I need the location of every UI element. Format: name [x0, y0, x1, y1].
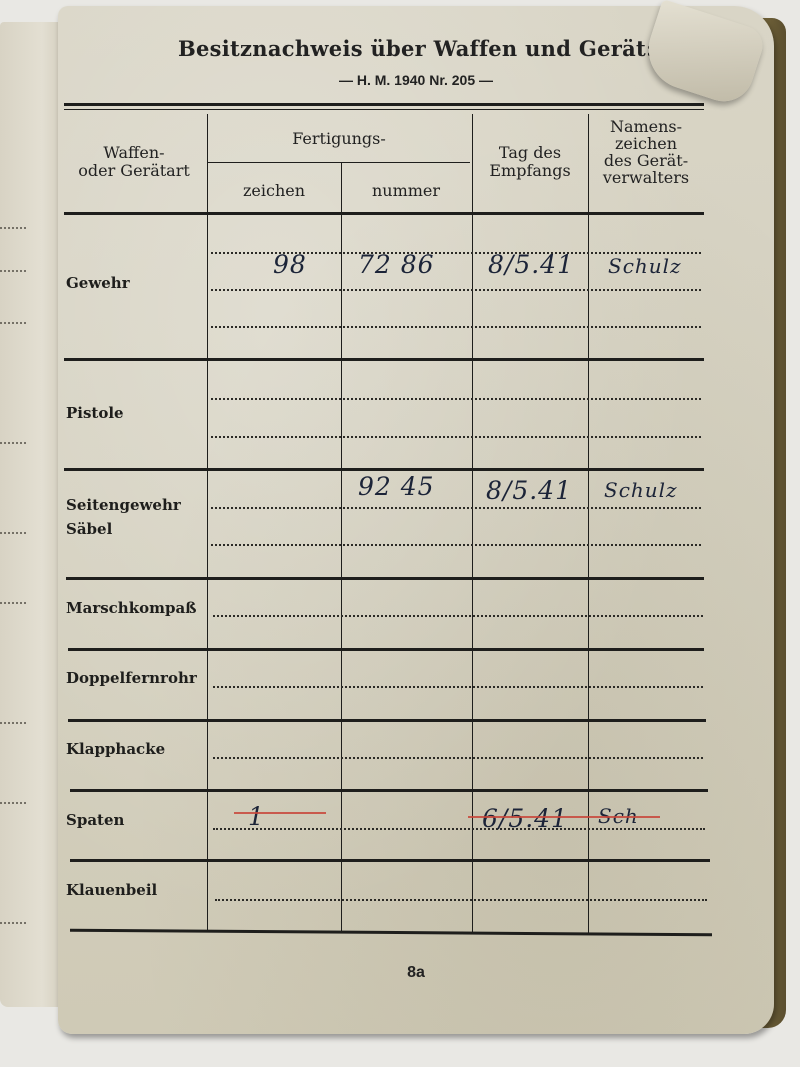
left-page-dotline [0, 227, 26, 229]
row-label-saebel: Säbel [66, 520, 112, 538]
entry-dotline [213, 686, 703, 688]
spaten-date: 6/5.41 [482, 804, 568, 833]
gewehr-date: 8/5.41 [488, 250, 574, 279]
row-rule [64, 468, 704, 471]
header-date-line2: Empfangs [472, 162, 588, 180]
header-signature-line4: verwalters [588, 169, 704, 186]
row-rule [64, 358, 704, 361]
seitengewehr-signature: Schulz [604, 478, 678, 502]
top-rule [64, 103, 704, 106]
row-label-marschkompass: Marschkompaß [66, 599, 197, 617]
header-bottom-rule [64, 212, 704, 215]
entry-dotline [215, 899, 707, 901]
row-rule [68, 648, 704, 651]
spaten-mark-strikethrough [234, 812, 326, 814]
left-page-dotline [0, 442, 26, 444]
row-label-seitengewehr: Seitengewehr [66, 496, 181, 514]
column-rule [207, 114, 208, 932]
header-item-type-line2: oder Gerätart [64, 162, 204, 180]
gewehr-signature: Schulz [608, 254, 682, 278]
document-page: Besitznachweis über Waffen und Gerät: — … [58, 6, 774, 1034]
header-mark: zeichen [208, 182, 340, 200]
left-page-dotline [0, 270, 26, 272]
row-label-doppelfernrohr: Doppelfernrohr [66, 669, 197, 687]
row-rule [66, 577, 704, 580]
header-signature: Namens- zeichen des Gerät- verwalters [588, 118, 704, 186]
row-rule [70, 859, 710, 862]
left-page-dotline [0, 532, 26, 534]
entry-dotline [211, 398, 701, 400]
entry-dotline [211, 507, 701, 509]
row-rule [70, 789, 708, 792]
entry-dotline [211, 544, 701, 546]
row-rule [68, 719, 706, 722]
header-date-received: Tag des Empfangs [472, 144, 588, 180]
entry-dotline [211, 326, 701, 328]
header-signature-line1: Namens- [588, 118, 704, 135]
table-bottom-rule [70, 929, 712, 936]
header-date-line1: Tag des [472, 144, 588, 162]
entry-dotline [213, 615, 703, 617]
row-label-klauenbeil: Klauenbeil [66, 881, 157, 899]
spaten-date-signature-strikethrough [468, 816, 660, 818]
header-item-type: Waffen- oder Gerätart [64, 144, 204, 180]
entry-dotline [213, 828, 705, 830]
header-item-type-line1: Waffen- [64, 144, 204, 162]
column-rule [341, 163, 342, 932]
header-sub-rule [208, 162, 470, 163]
entry-dotline [213, 757, 703, 759]
spaten-mark: 1 [248, 802, 265, 831]
entry-dotline [211, 436, 701, 438]
left-page-dotline [0, 722, 26, 724]
header-signature-line2: zeichen [588, 135, 704, 152]
gewehr-number: 72 86 [358, 250, 435, 279]
row-label-pistole: Pistole [66, 404, 124, 422]
row-label-spaten: Spaten [66, 811, 124, 829]
gewehr-mark: 98 [273, 250, 307, 279]
row-label-klapphacke: Klapphacke [66, 740, 165, 758]
row-label-gewehr: Gewehr [66, 274, 130, 292]
left-page-dotline [0, 802, 26, 804]
top-rule-thin [64, 109, 704, 110]
column-rule [472, 114, 473, 932]
column-rule [588, 114, 589, 934]
left-page-dotline [0, 602, 26, 604]
left-page-dotline [0, 922, 26, 924]
left-page-dotline [0, 322, 26, 324]
header-signature-line3: des Gerät- [588, 152, 704, 169]
seitengewehr-date: 8/5.41 [486, 476, 572, 505]
page-number: 8a [58, 964, 774, 982]
entry-dotline [211, 289, 701, 291]
seitengewehr-number: 92 45 [358, 472, 435, 501]
header-number: nummer [341, 182, 471, 200]
header-manufacturing: Fertigungs- [208, 130, 470, 148]
